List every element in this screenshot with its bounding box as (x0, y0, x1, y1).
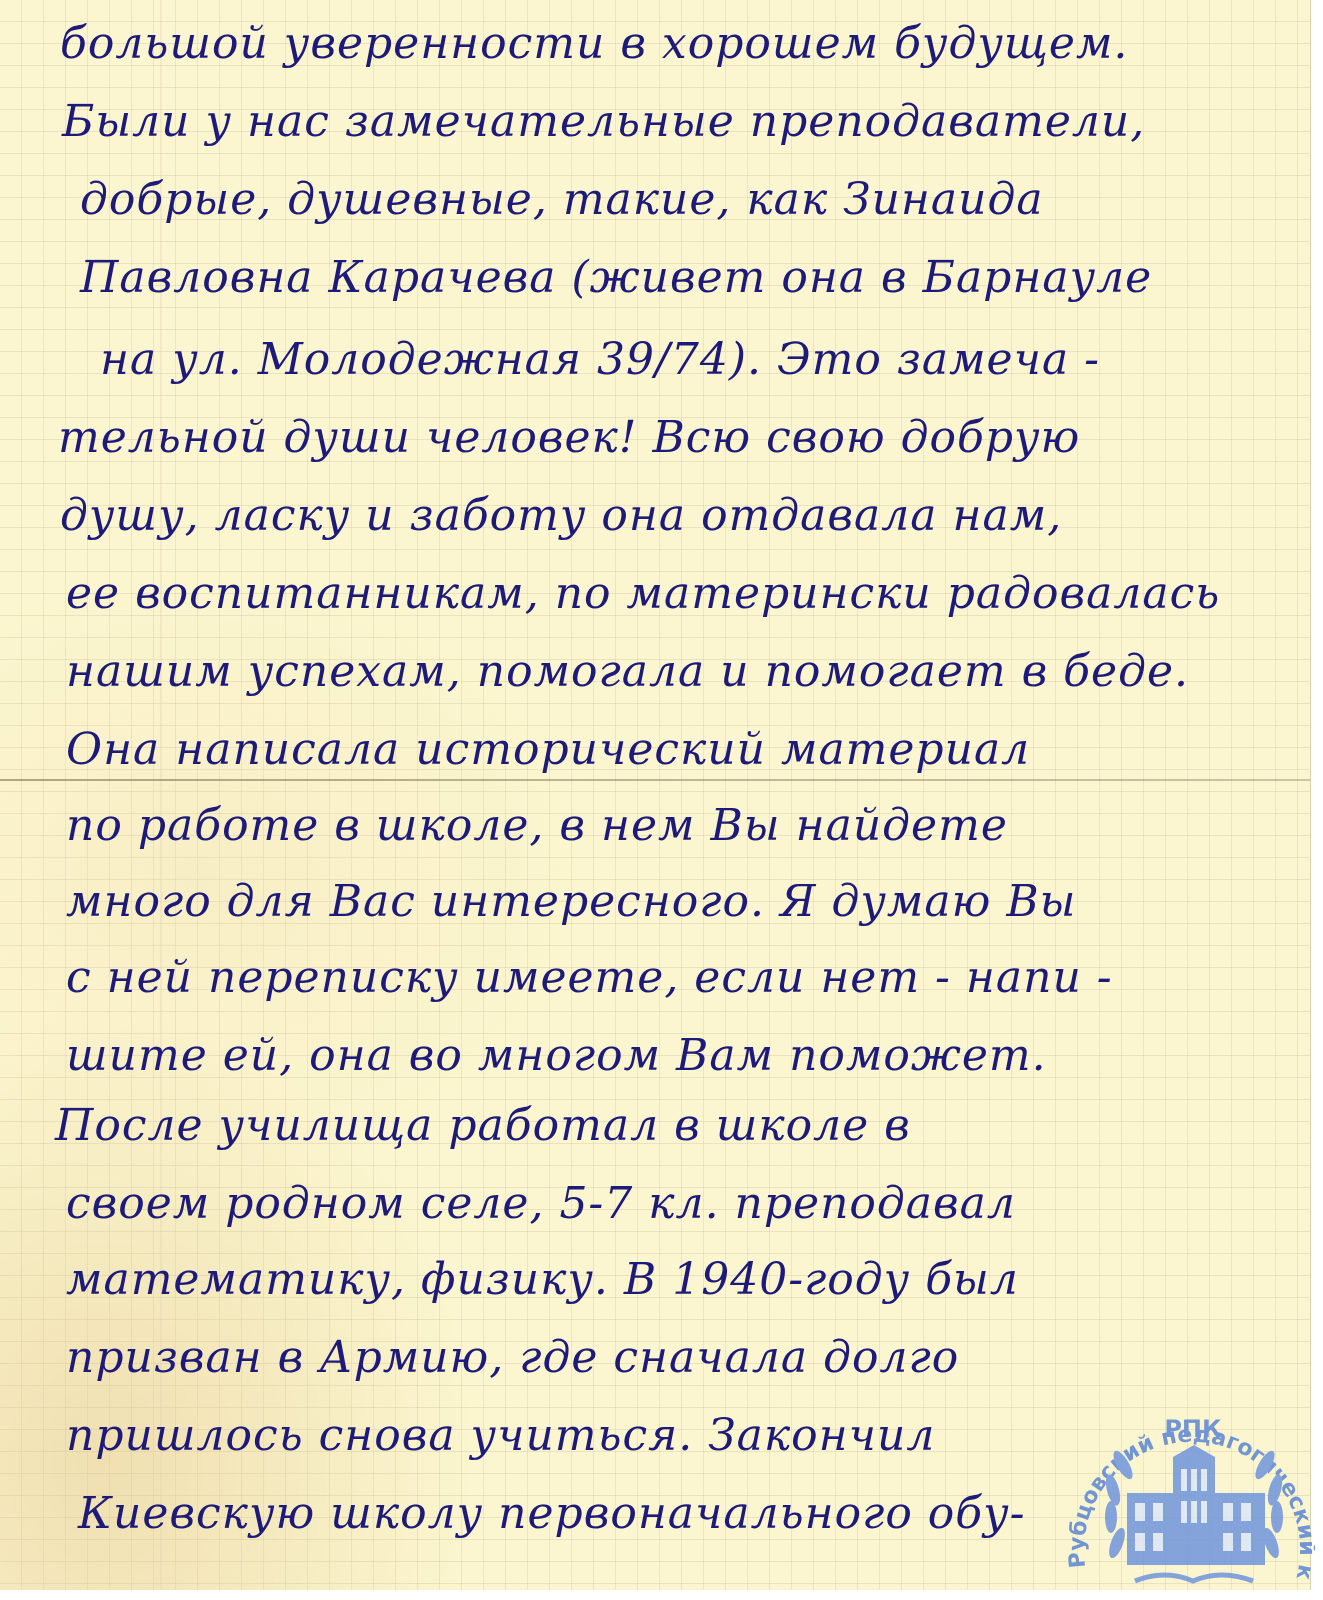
letter-line: После училища работал в школе в (55, 1100, 911, 1151)
letter-line: ее воспитанникам, по матерински радовала… (66, 568, 1220, 619)
letter-line: Она написала исторический материал (66, 724, 1030, 775)
letter-line: тельной души человек! Всю свою добрую (58, 412, 1080, 463)
letter-line: с ней переписку имеете, если нет - напи … (66, 952, 1113, 1003)
letter-line: по работе в школе, в нем Вы найдете (66, 800, 1008, 851)
letter-line: добрые, душевные, такие, как Зинаида (80, 174, 1044, 225)
letter-line: шите ей, она во многом Вам поможет. (66, 1030, 1047, 1081)
letter-line: призван в Армию, где сначала долго (66, 1332, 959, 1383)
letter-line: своем родном селе, 5-7 кл. преподавал (66, 1178, 1016, 1229)
stamp-center-text: РПК (1164, 1415, 1222, 1443)
letter-line: пришлось снова учиться. Закончил (66, 1410, 935, 1461)
letter-line: много для Вас интересного. Я думаю Вы (66, 876, 1077, 927)
letter-line: душу, ласку и заботу она отдавала нам, (60, 490, 1062, 541)
letter-line: Были у нас замечательные преподаватели, (62, 96, 1145, 147)
letter-line: математику, физику. В 1940-году был (66, 1254, 1019, 1305)
college-stamp: Рубцовский педагогический колледж РПК (1065, 1385, 1315, 1595)
stamp-emblem-icon: Рубцовский педагогический колледж РПК (1065, 1385, 1315, 1595)
letter-line: нашим успехам, помогала и помогает в бед… (66, 646, 1189, 697)
handwritten-letter: большой уверенности в хорошем будущем. Б… (0, 0, 1310, 1590)
letter-line: на ул. Молодежная 39/74). Это замеча - (100, 334, 1100, 385)
letter-line: Павловна Карачева (живет она в Барнауле (80, 252, 1152, 303)
letter-line: большой уверенности в хорошем будущем. (60, 18, 1128, 69)
letter-line: Киевскую школу первоначального обу- (78, 1488, 1026, 1539)
